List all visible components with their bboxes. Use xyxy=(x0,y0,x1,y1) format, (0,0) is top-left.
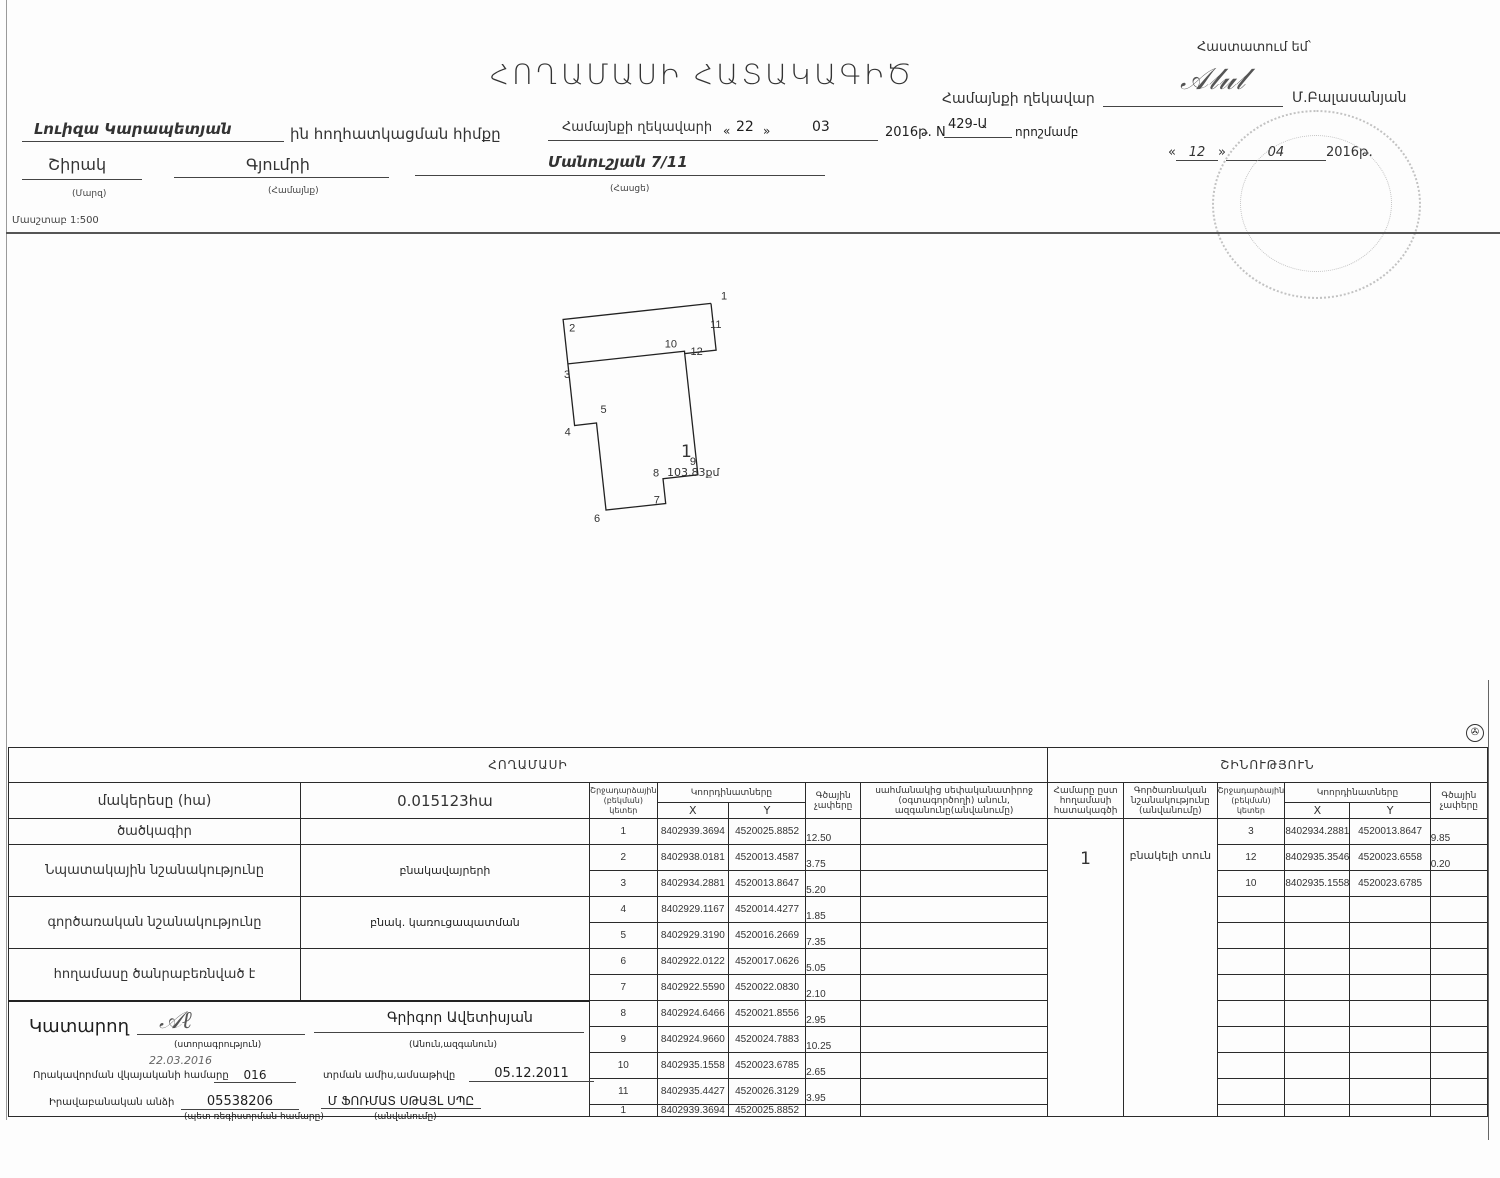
svg-text:6: 6 xyxy=(594,513,600,525)
svg-text:4: 4 xyxy=(565,426,571,438)
neighbor-cell xyxy=(861,819,1048,845)
empty-cell xyxy=(1430,1079,1487,1105)
y-cell: 4520025.8852 xyxy=(728,819,805,845)
b-col-coords: Կոորդինատները xyxy=(1285,783,1430,803)
empty-cell xyxy=(1430,1001,1487,1027)
executor-name-caption: (Անուն,ազգանուն) xyxy=(409,1040,497,1050)
b-y-cell: 4520023.6785 xyxy=(1350,871,1430,897)
empty-cell xyxy=(1350,1027,1430,1053)
y-cell: 4520025.8852 xyxy=(728,1105,805,1117)
legal-name-caption: (անվանումը) xyxy=(374,1112,437,1122)
empty-cell xyxy=(1350,897,1430,923)
empty-cell xyxy=(1217,949,1285,975)
col-length: Գծային չափերը xyxy=(806,783,861,819)
x-cell: 8402922.0122 xyxy=(657,949,728,975)
empty-cell xyxy=(1350,923,1430,949)
empty-cell xyxy=(1430,975,1487,1001)
empty-cell xyxy=(1217,975,1285,1001)
executor-name: Գրիգոր Ավետիսյան xyxy=(387,1010,533,1026)
neighbor-cell xyxy=(861,1001,1048,1027)
empty-cell xyxy=(1285,1079,1350,1105)
empty-cell xyxy=(1285,897,1350,923)
legal-label: Իրավաբանական անձի xyxy=(49,1097,174,1108)
b-y-cell: 4520023.6558 xyxy=(1350,845,1430,871)
b-point-cell: 10 xyxy=(1217,871,1285,897)
y-cell: 4520021.8556 xyxy=(728,1001,805,1027)
point-cell: 9 xyxy=(589,1027,657,1053)
neighbor-cell xyxy=(861,1053,1048,1079)
x-cell: 8402935.4427 xyxy=(657,1079,728,1105)
encumbrance-label: հողամասը ծանրաբեռնված է xyxy=(9,949,301,1001)
empty-cell xyxy=(1217,1105,1285,1117)
empty-cell xyxy=(1285,975,1350,1001)
point-cell: 8 xyxy=(589,1001,657,1027)
length-cell: 12.50 xyxy=(806,819,861,845)
length-cell: 3.75 xyxy=(806,845,861,871)
executor-label: Կատարող xyxy=(29,1016,129,1037)
executor-signature-caption: (ստորագրություն) xyxy=(174,1040,261,1050)
license-number: 016 xyxy=(214,1068,296,1083)
license-issued-date: 05.12.2011 xyxy=(469,1066,594,1082)
y-cell: 4520014.4277 xyxy=(728,897,805,923)
empty-cell xyxy=(1430,923,1487,949)
svg-text:10: 10 xyxy=(665,339,677,351)
empty-cell xyxy=(1350,949,1430,975)
b-x-cell: 8402934.2881 xyxy=(1285,819,1350,845)
x-cell: 8402938.0181 xyxy=(657,845,728,871)
legal-name: Մ ՖՈՌՄԱՏ ՍԹԱՅԼ ՍՊԸ xyxy=(321,1094,481,1109)
y-cell: 4520024.7883 xyxy=(728,1027,805,1053)
function-value: բնակ. կառուցապատման xyxy=(300,897,589,949)
x-cell: 8402922.5590 xyxy=(657,975,728,1001)
empty-cell xyxy=(1350,1053,1430,1079)
legal-number: 05538206 xyxy=(181,1094,299,1110)
empty-cell xyxy=(1350,1105,1430,1117)
encumbrance-value xyxy=(300,949,589,1001)
neighbor-cell xyxy=(861,871,1048,897)
svg-text:7: 7 xyxy=(654,494,660,506)
y-cell: 4520022.0830 xyxy=(728,975,805,1001)
svg-text:8: 8 xyxy=(653,468,659,480)
building-number: 1 xyxy=(1047,819,1123,1117)
length-cell: 3.95 xyxy=(806,1079,861,1105)
point-cell: 3 xyxy=(589,871,657,897)
length-cell xyxy=(806,1105,861,1117)
b-col-length: Գծային չափերը xyxy=(1430,783,1487,819)
area-value: 0.015123հա xyxy=(300,783,589,819)
neighbor-cell xyxy=(861,1105,1048,1117)
x-cell: 8402934.2881 xyxy=(657,871,728,897)
y-cell: 4520017.0626 xyxy=(728,949,805,975)
col-x: X xyxy=(657,803,728,819)
function-label: գործառական նշանակությունը xyxy=(9,897,301,949)
purpose-label: Նպատակային նշանակությունը xyxy=(9,845,301,897)
b-length-cell: 9.85 xyxy=(1430,819,1487,845)
empty-cell xyxy=(1430,949,1487,975)
empty-cell xyxy=(1217,1079,1285,1105)
point-cell: 11 xyxy=(589,1079,657,1105)
length-cell: 1.85 xyxy=(806,897,861,923)
b-point-cell: 3 xyxy=(1217,819,1285,845)
b-col-point: Շրջադարձային (բեկման) կետեր xyxy=(1217,783,1285,819)
empty-cell xyxy=(1217,923,1285,949)
y-cell: 4520013.4587 xyxy=(728,845,805,871)
b-x-cell: 8402935.3546 xyxy=(1285,845,1350,871)
neighbor-cell xyxy=(861,949,1048,975)
y-cell: 4520026.3129 xyxy=(728,1079,805,1105)
cadastral-label: ծածկագիր xyxy=(9,819,301,845)
length-cell: 2.65 xyxy=(806,1053,861,1079)
parcel-plan: 123456789101112 xyxy=(0,0,1500,740)
length-cell: 2.95 xyxy=(806,1001,861,1027)
empty-cell xyxy=(1430,1053,1487,1079)
executor-signed-date: 22.03.2016 xyxy=(149,1054,212,1067)
x-cell: 8402929.1167 xyxy=(657,897,728,923)
point-cell: 4 xyxy=(589,897,657,923)
x-cell: 8402924.6466 xyxy=(657,1001,728,1027)
empty-cell xyxy=(1350,1079,1430,1105)
neighbor-cell xyxy=(861,897,1048,923)
neighbor-cell xyxy=(861,975,1048,1001)
legal-number-caption: (պետ ռեգիստրման համարը) xyxy=(184,1112,324,1122)
empty-cell xyxy=(1430,897,1487,923)
empty-cell xyxy=(1217,1001,1285,1027)
point-cell: 6 xyxy=(589,949,657,975)
license-label: Որակավորման վկայականի համարը xyxy=(33,1070,229,1081)
svg-text:1: 1 xyxy=(721,290,727,302)
empty-cell xyxy=(1285,1001,1350,1027)
empty-cell xyxy=(1285,923,1350,949)
point-cell: 7 xyxy=(589,975,657,1001)
y-cell: 4520016.2669 xyxy=(728,923,805,949)
table-row: ծածկագիր18402939.36944520025.885212.501բ… xyxy=(9,819,1488,845)
empty-cell xyxy=(1350,975,1430,1001)
svg-text:3: 3 xyxy=(564,369,570,381)
executor-signature: 𝒜ℓ xyxy=(159,1006,192,1035)
x-cell: 8402939.3694 xyxy=(657,819,728,845)
point-cell: 10 xyxy=(589,1053,657,1079)
empty-cell xyxy=(1430,1105,1487,1117)
svg-text:5: 5 xyxy=(601,404,607,416)
point-cell: 2 xyxy=(589,845,657,871)
table-row: հողամասը ծանրաբեռնված է68402922.01224520… xyxy=(9,949,1488,975)
b-x-cell: 8402935.1558 xyxy=(1285,871,1350,897)
b-y-cell: 4520013.8647 xyxy=(1350,819,1430,845)
x-cell: 8402939.3694 xyxy=(657,1105,728,1117)
b-col-function: Գործառնական նշանակությունը (անվանումը) xyxy=(1124,783,1217,819)
parcel-number: 1 xyxy=(681,442,692,462)
table-row: Կատարող 𝒜ℓ (ստորագրություն) 22.03.2016 Գ… xyxy=(9,1001,1488,1027)
col-neighbors: սահմանակից սեփականատիրոջ (օգտագործողի) ա… xyxy=(861,783,1048,819)
table-row: Նպատակային նշանակությունըբնակավայրերի284… xyxy=(9,845,1488,871)
purpose-value: բնակավայրերի xyxy=(300,845,589,897)
x-cell: 8402929.3190 xyxy=(657,923,728,949)
empty-cell xyxy=(1217,897,1285,923)
empty-cell xyxy=(1285,1027,1350,1053)
b-length-cell: 0.20 xyxy=(1430,845,1487,871)
land-section-title: ՀՈՂԱՄԱՍԻ xyxy=(9,748,1048,783)
empty-cell xyxy=(1217,1027,1285,1053)
length-cell: 2.10 xyxy=(806,975,861,1001)
point-cell: 1 xyxy=(589,819,657,845)
empty-cell xyxy=(1285,1053,1350,1079)
empty-cell xyxy=(1430,1027,1487,1053)
empty-cell xyxy=(1217,1053,1285,1079)
length-cell: 10.25 xyxy=(806,1027,861,1053)
y-cell: 4520023.6785 xyxy=(728,1053,805,1079)
b-col-x: X xyxy=(1285,803,1350,819)
license-issued-label: տրման ամիս,ամսաթիվը xyxy=(323,1070,455,1081)
executor-block: Կատարող 𝒜ℓ (ստորագրություն) 22.03.2016 Գ… xyxy=(9,1001,590,1117)
point-cell: 5 xyxy=(589,923,657,949)
empty-cell xyxy=(1285,949,1350,975)
b-col-y: Y xyxy=(1350,803,1430,819)
neighbor-cell xyxy=(861,1079,1048,1105)
executor-name-line xyxy=(314,1032,584,1033)
page-edge-line xyxy=(1488,680,1489,1140)
land-plot-table: ՀՈՂԱՄԱՍԻ ՇԻՆՈՒԹՅՈՒՆ մակերեսը (հա) 0.0151… xyxy=(8,747,1488,1117)
table-row: գործառական նշանակությունըբնակ. կառուցապա… xyxy=(9,897,1488,923)
building-section-title: ՇԻՆՈՒԹՅՈՒՆ xyxy=(1047,748,1487,783)
col-coords: Կոորդինատները xyxy=(657,783,805,803)
length-cell: 5.20 xyxy=(806,871,861,897)
neighbor-cell xyxy=(861,1027,1048,1053)
empty-cell xyxy=(1350,1001,1430,1027)
length-cell: 5.05 xyxy=(806,949,861,975)
neighbor-cell xyxy=(861,845,1048,871)
north-arrow-icon: ✇ xyxy=(1466,724,1484,742)
x-cell: 8402924.9660 xyxy=(657,1027,728,1053)
area-label: մակերեսը (հա) xyxy=(9,783,301,819)
neighbor-cell xyxy=(861,923,1048,949)
parcel-area: 103.83քմ xyxy=(667,466,719,479)
col-y: Y xyxy=(728,803,805,819)
b-length-cell xyxy=(1430,871,1487,897)
point-cell: 1 xyxy=(589,1105,657,1117)
y-cell: 4520013.8647 xyxy=(728,871,805,897)
svg-text:2: 2 xyxy=(569,323,575,335)
svg-text:12: 12 xyxy=(690,346,702,358)
b-point-cell: 12 xyxy=(1217,845,1285,871)
length-cell: 7.35 xyxy=(806,923,861,949)
x-cell: 8402935.1558 xyxy=(657,1053,728,1079)
empty-cell xyxy=(1285,1105,1350,1117)
cadastral-value xyxy=(300,819,589,845)
building-function: բնակելի տուն xyxy=(1124,819,1217,1117)
b-col-number: Համարը ըստ հողամասի հատակագծի xyxy=(1047,783,1123,819)
col-point: Շրջադարձային (բեկման) կետեր xyxy=(589,783,657,819)
svg-text:11: 11 xyxy=(710,319,721,331)
